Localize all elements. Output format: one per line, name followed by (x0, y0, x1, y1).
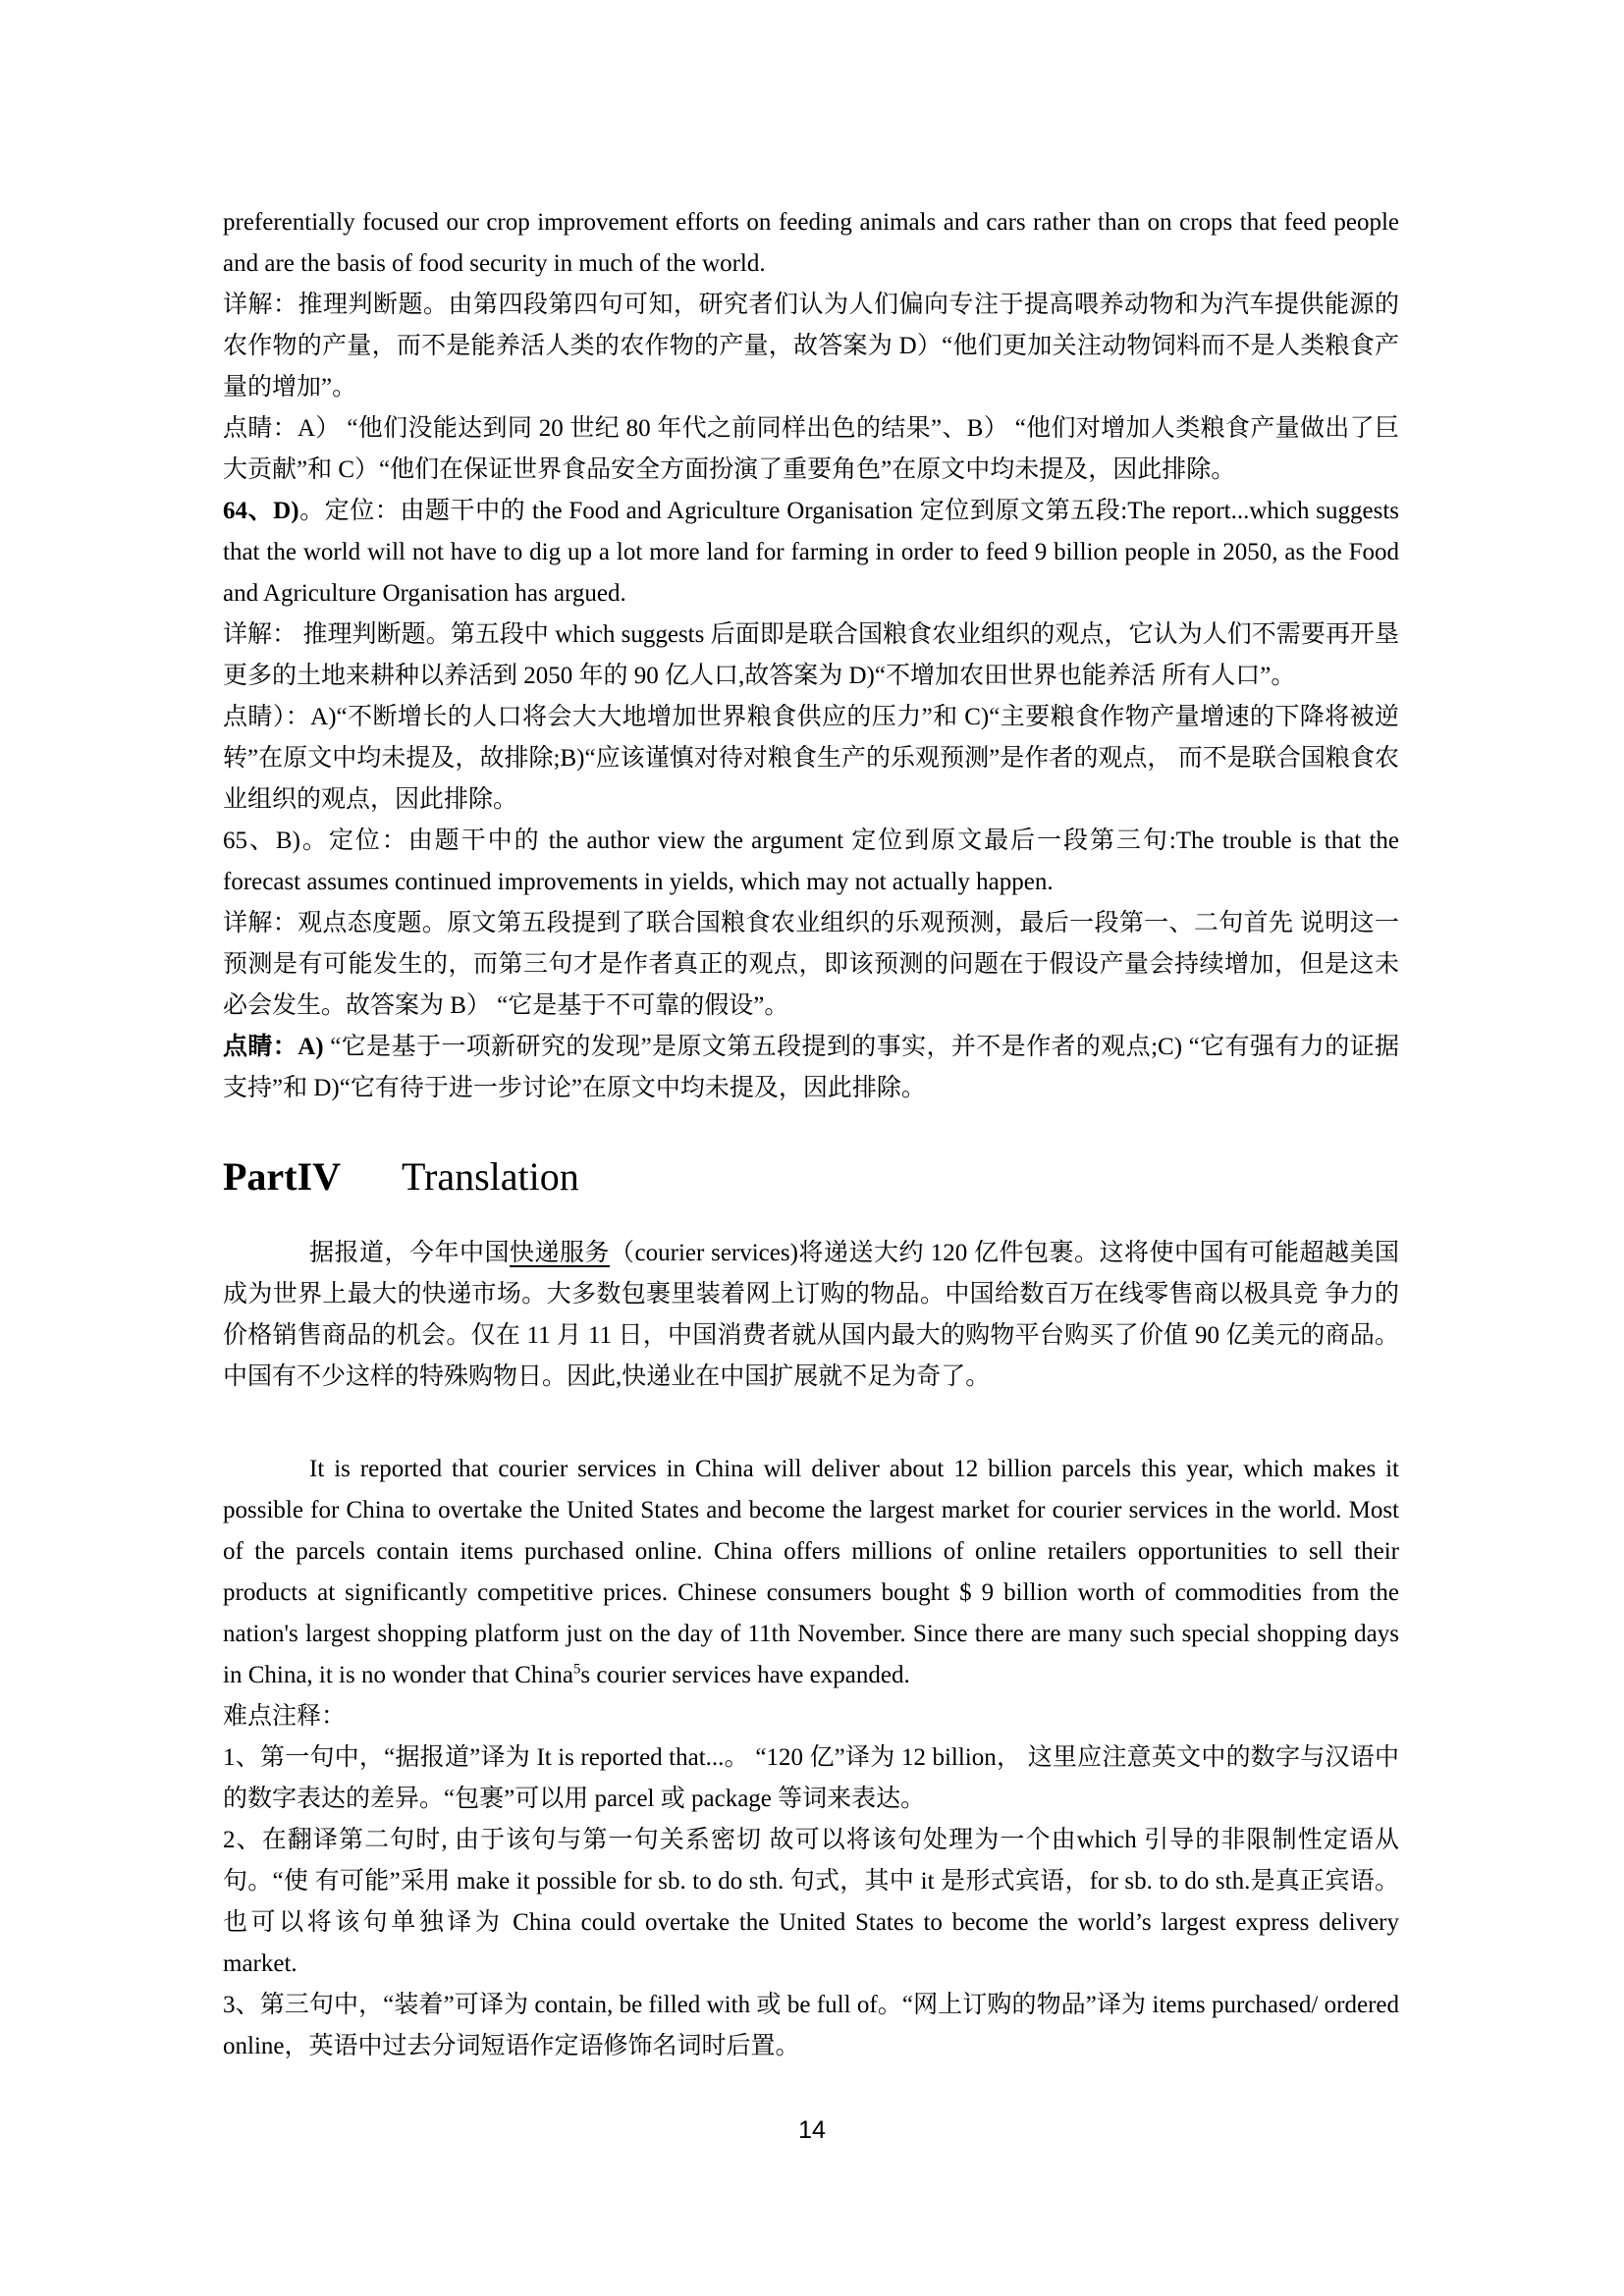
q64-answer: 64、D)。定位：由题干中的 the Food and Agriculture … (223, 491, 1399, 614)
q65-explanation: 详解：观点态度题。原文第五段提到了联合国粮食农业组织的乐观预测，最后一段第一、二… (223, 903, 1399, 1027)
text-run: preferentially focused our crop improvem… (223, 209, 1399, 277)
text-run: A） “他们没能达到同 20 世纪 80 年代之前同样出色的结果”、B） “他们… (223, 415, 1399, 483)
text-run: 65、B)。定位：由题干中的 the author view the argum… (223, 828, 1399, 895)
note-2: 2、在翻译第二句时, 由于该句与第一句关系密切 故可以将该句处理为一个由whic… (223, 1820, 1399, 1985)
passage-continuation: preferentially focused our crop improvem… (223, 202, 1399, 285)
text-run: 点睛：A) (223, 1034, 330, 1060)
q64-explanation: 详解： 推理判断题。第五段中 which suggests 后面即是联合国粮食农… (223, 614, 1399, 697)
text-run: 详解：观点态度题。原文第五段提到了联合国粮食农业组织的乐观预测，最后一段第一、二… (223, 910, 1399, 1019)
text-run: 点睛）：A)“不断增长的人口将会大大地增加世界粮食供应的压力”和 C)“主要粮食… (223, 704, 1399, 813)
text-run: 难点注释： (223, 1703, 346, 1730)
text-run: 1、第一句中，“据报道”译为 It is reported that...。 “… (223, 1744, 1399, 1812)
q63-tips: 点睛：A） “他们没能达到同 20 世纪 80 年代之前同样出色的结果”、B） … (223, 408, 1399, 491)
text-run: 2、在翻译第二句时, 由于该句与第一句关系密切 故可以将该句处理为一个由whic… (223, 1827, 1399, 1977)
heading-title: Translation (402, 1154, 579, 1199)
text-run: 64、D) (223, 498, 299, 524)
page-number: 14 (798, 2116, 826, 2144)
q65-answer: 65、B)。定位：由题干中的 the author view the argum… (223, 821, 1399, 903)
text-run: 快递服务 (510, 1240, 610, 1266)
text-run: It is reported that courier services in … (223, 1456, 1399, 1688)
text-run: 详解： 推理判断题。第五段中 which suggests 后面即是联合国粮食农… (223, 621, 1399, 689)
blank-line (223, 1398, 1399, 1449)
note-3: 3、第三句中，“装着”可译为 contain, be filled with 或… (223, 1985, 1399, 2067)
source-text-chinese: 据报道，今年中国快递服务（courier services)将递送大约 120 … (223, 1233, 1399, 1398)
translation-section: 据报道，今年中国快递服务（courier services)将递送大约 120 … (223, 1233, 1399, 2067)
heading-part-label: PartIV (223, 1154, 341, 1199)
page-footer: 14 (0, 2115, 1624, 2145)
q63-explanation: 详解：推理判断题。由第四段第四句可知，研究者们认为人们偏向专注于提高喂养动物和为… (223, 285, 1399, 408)
text-run: 点睛： (223, 415, 298, 442)
notes-header: 难点注释： (223, 1696, 1399, 1737)
q64-tips: 点睛）：A)“不断增长的人口将会大大地增加世界粮食供应的压力”和 C)“主要粮食… (223, 697, 1399, 821)
q65-tips: 点睛：A) “它是基于一项新研究的发现”是原文第五段提到的事实，并不是作者的观点… (223, 1027, 1399, 1109)
note-1: 1、第一句中，“据报道”译为 It is reported that...。 “… (223, 1737, 1399, 1820)
text-run: “它是基于一项新研究的发现”是原文第五段提到的事实，并不是作者的观点;C) “它… (223, 1034, 1399, 1101)
text-run: 据报道，今年中国 (309, 1240, 510, 1266)
text-run: 3、第三句中，“装着”可译为 contain, be filled with 或… (223, 1992, 1399, 2059)
text-run: 。定位：由题干中的 the Food and Agriculture Organ… (223, 498, 1399, 607)
part4-heading: PartIV Translation (223, 1152, 1399, 1201)
reading-answers-section: preferentially focused our crop improvem… (223, 202, 1399, 1109)
reference-translation-english: It is reported that courier services in … (223, 1449, 1399, 1696)
text-run: 详解：推理判断题。由第四段第四句可知，研究者们认为人们偏向专注于提高喂养动物和为… (223, 292, 1399, 400)
text-run: s courier services have expanded. (580, 1662, 909, 1688)
document-page: preferentially focused our crop improvem… (0, 0, 1624, 2296)
